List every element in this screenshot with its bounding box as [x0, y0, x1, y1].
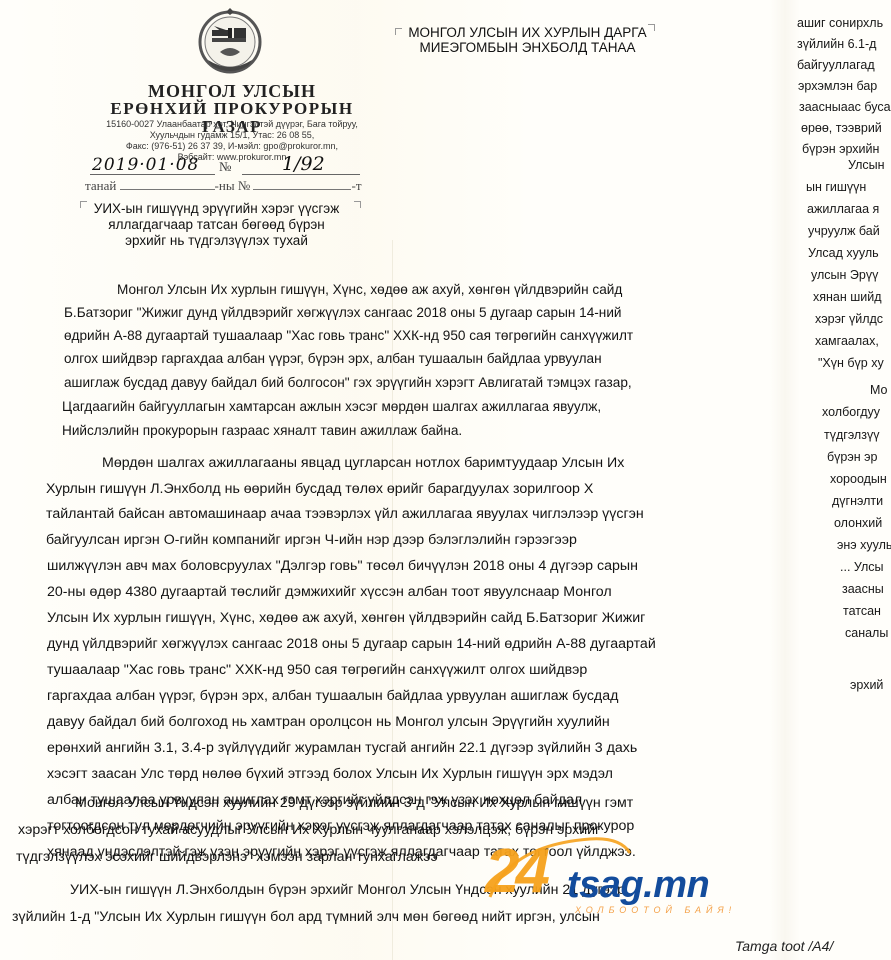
text-line: Мо: [870, 383, 888, 397]
text-line: энэ хууль: [837, 538, 891, 552]
addressee-block: МОНГОЛ УЛСЫН ИХ ХУРЛЫН ДАРГА МИЕЭГОМБЫН …: [395, 25, 660, 55]
text-line: хэрэг үйлдс: [815, 312, 883, 326]
text-line: саналы: [845, 626, 888, 640]
date-number-line: 2019·01·08 № 1/92: [82, 155, 382, 177]
text-line: ашиглаж бусдад давуу байдал бий болгосон…: [64, 375, 632, 390]
text-line: Улсын: [848, 158, 885, 172]
addressee-line: МОНГОЛ УЛСЫН ИХ ХУРЛЫН ДАРГА: [395, 25, 660, 40]
text-line: олонхий: [834, 516, 882, 530]
text-line: тайлантай байсан автомашинаар ачаа тээвэ…: [46, 506, 644, 522]
handwritten-document-number: 1/92: [282, 153, 325, 175]
text-line: зүйлийн 6.1-д: [797, 37, 876, 51]
number-sign: №: [219, 159, 231, 175]
text-line: дүгнэлти: [832, 494, 883, 508]
text-line: холбогдуу: [822, 405, 880, 419]
ref-label-suffix: -т: [351, 178, 361, 193]
ref-label-yours: танай: [85, 178, 116, 193]
text-line: бүрэн эрхийн: [802, 142, 879, 156]
stamp-note: Tamga toot /A4/: [735, 938, 833, 954]
text-line: Монгол Улсын Их хурлын гишүүн, Хүнс, хөд…: [117, 282, 622, 297]
text-line: ын гишүүн: [806, 180, 866, 194]
text-line: хэсэгт заасан Улс төрд нөлөө бүхий этгээ…: [47, 766, 613, 782]
text-line: түдгэлзүүлэх эсэхийг шийдвэрлэнэ" хэмээн…: [16, 849, 438, 865]
watermark-number: 24: [485, 841, 546, 903]
text-line: олгох шийдвэр гаргахдаа албан үүрэг, бүр…: [64, 351, 602, 366]
text-line: түдгэлзүү: [824, 428, 879, 442]
text-line: шилжүүлэн авч мах боловсруулах "Дэлгэр г…: [47, 558, 638, 574]
text-line: татсан: [843, 604, 881, 618]
text-line: тушаалаар "Хас говь транс" ХХК-нд 950 са…: [47, 662, 587, 678]
text-line: эрхий: [850, 678, 883, 692]
reference-line: танай -ны № -т: [85, 178, 385, 194]
text-line: гаргахдаа албан үүрэг, бүрэн эрх, албан …: [47, 688, 618, 704]
text-line: заасны: [842, 582, 884, 596]
date-underline: [90, 174, 215, 175]
text-line: ... Улсы: [840, 560, 884, 574]
subject-line: яллагдагчаар татсан бөгөөд бүрэн: [84, 217, 349, 233]
subject-line: эрхийг нь түдгэлзүүлэх тухай: [84, 233, 349, 249]
watermark-tagline: ХОЛБООТОЙ БАЙЯ!: [575, 905, 736, 915]
text-line: байгуулсан иргэн О-гийн компанийг иргэн …: [46, 532, 577, 548]
org-name-line1: МОНГОЛ УЛСЫН: [82, 82, 382, 100]
text-line: Улсын Их хурлын гишүүн, Хүнс, хөдөө аж а…: [47, 610, 645, 626]
text-line: өрөө, тээврий: [801, 121, 882, 135]
scanned-document: МОНГОЛ УЛСЫН ЕРӨНХИЙ ПРОКУРОРЫН ГАЗАР 15…: [0, 0, 891, 960]
text-line: байгууллагад: [797, 58, 875, 72]
watermark-site-name: tsag.mn: [567, 865, 709, 905]
address-line: 15160-0027 Улаанбаатар хот, Чингэлтэй дү…: [82, 119, 382, 130]
text-line: хамгаалах,: [815, 334, 879, 348]
text-line: Цагдаагийн байгууллагын хамтарсан ажлын …: [62, 399, 601, 414]
text-line: ерөнхий ангийн 3.1, 3.4-р зүйлүүдийг жур…: [47, 740, 637, 756]
text-line: ашиг сонирхль: [797, 16, 883, 30]
subject-corner-mark: [354, 201, 361, 208]
site-watermark[interactable]: 24 tsag.mn ХОЛБООТОЙ БАЙЯ!: [470, 835, 750, 915]
text-line: ажиллагаа я: [807, 202, 879, 216]
ref-blank-field: [253, 179, 351, 190]
text-line: бүрэн эр: [827, 450, 877, 464]
mongolia-state-emblem-icon: [194, 8, 266, 76]
text-line: дунд үйлдвэрийг хөгжүүлэх сангаас 2018 о…: [47, 636, 656, 652]
text-line: эрхэмлэн бар: [798, 79, 877, 93]
text-line: Улсад хууль: [808, 246, 879, 260]
text-line: хороодын: [830, 472, 887, 486]
handwritten-date: 2019·01·08: [92, 155, 199, 175]
ref-label-number: -ны №: [215, 178, 251, 193]
subject-line: УИХ-ын гишүүнд эрүүгийн хэрэг үүсгэж: [84, 201, 349, 217]
address-line: Факс: (976-51) 26 37 39, И-мэйл: gpo@pro…: [82, 141, 382, 152]
ref-blank-field: [120, 179, 215, 190]
text-line: улсын Эрүү: [811, 268, 878, 282]
address-line: Хуульчдын гудамж 15/1, Утас: 26 08 55,: [82, 130, 382, 141]
text-line: хянан шийд: [813, 290, 882, 304]
text-line: давуу байдал бий болгоход нь хамтран оро…: [47, 714, 610, 730]
text-line: Б.Батзориг "Жижиг дунд үйлдвэрийг хөгжүү…: [64, 305, 622, 320]
addressee-line: МИЕЭГОМБЫН ЭНХБОЛД ТАНАА: [395, 40, 660, 55]
text-line: 20-ны өдөр 4380 дугаартай төслийг дэмжих…: [47, 584, 612, 600]
text-line: Хурлын гишүүн Л.Энхболд нь өөрийн бусдад…: [46, 481, 593, 497]
text-line: заасныаас буса: [799, 100, 891, 114]
text-line: Монгол Улсын Үндсэн хуулийн 29 дүгээр зү…: [75, 795, 633, 811]
subject-heading: УИХ-ын гишүүнд эрүүгийн хэрэг үүсгэж ялл…: [84, 201, 349, 249]
text-line: "Хүн бүр ху: [818, 356, 884, 370]
text-line: Нийслэлийн прокурорын газраас хяналт тав…: [62, 423, 462, 438]
text-line: учруулж бай: [808, 224, 880, 238]
text-line: өдрийн А-88 дугаартай тушаалаар "Хас гов…: [64, 328, 633, 343]
text-line: Мөрдөн шалгах ажиллагааны явцад цугларса…: [102, 455, 624, 471]
page-edge-shadow: [770, 0, 800, 960]
